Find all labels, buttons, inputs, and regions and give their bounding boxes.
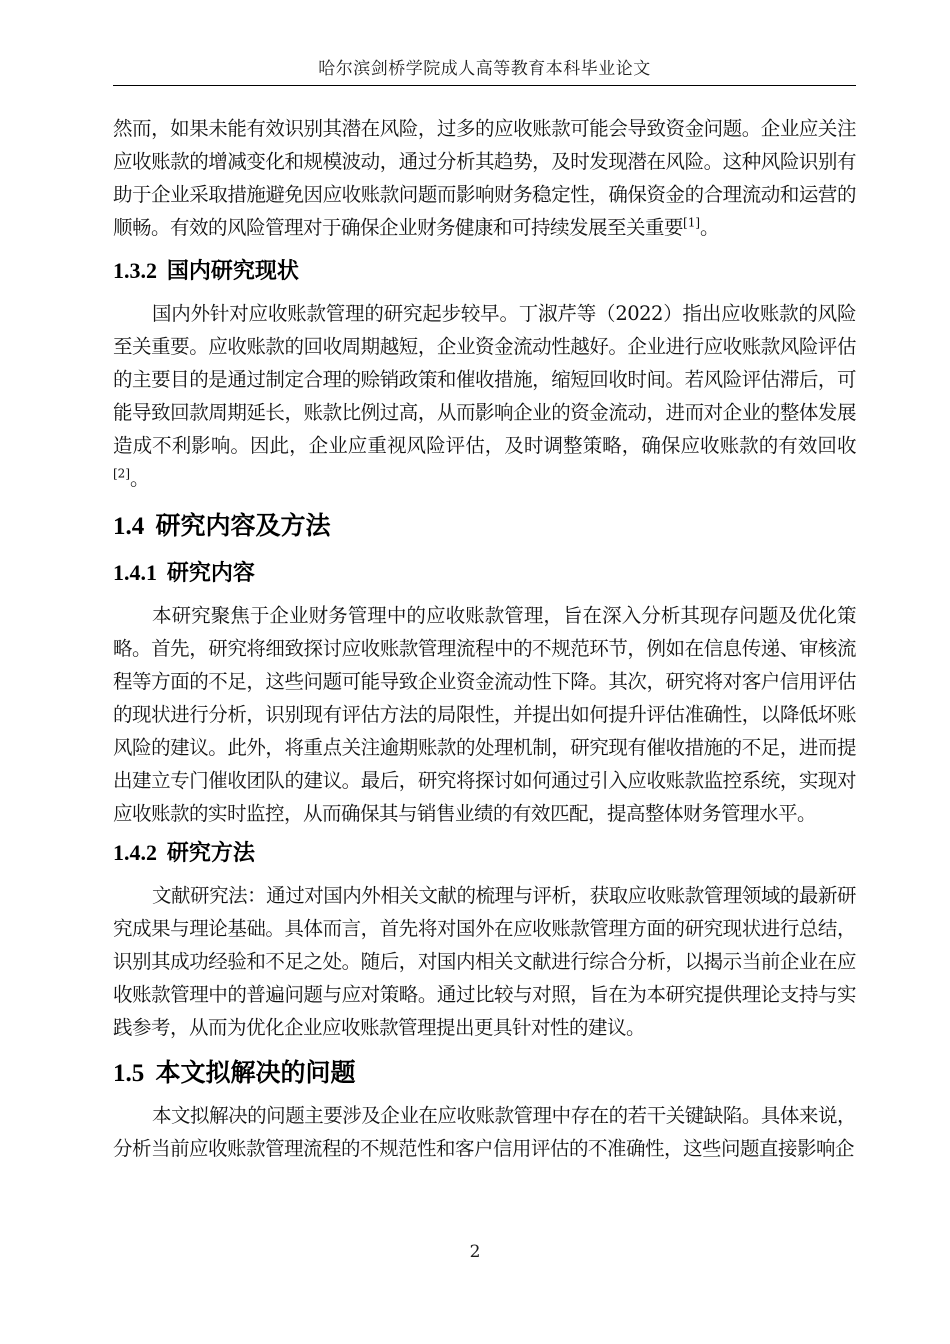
heading-1-3-2-number: 1.3.2 bbox=[113, 258, 157, 283]
heading-1-5: 1.5本文拟解决的问题 bbox=[113, 1056, 856, 1091]
heading-1-3-2-title: 国内研究现状 bbox=[167, 259, 299, 284]
paragraph-continuation: 然而，如果未能有效识别其潜在风险，过多的应收账款可能会导致资金问题。企业应关注应… bbox=[113, 112, 856, 244]
heading-1-4-2-number: 1.4.2 bbox=[113, 840, 157, 865]
paragraph-domestic-research-period: 。 bbox=[130, 467, 149, 490]
heading-1-4-1: 1.4.1研究内容 bbox=[113, 558, 856, 589]
heading-1-5-title: 本文拟解决的问题 bbox=[156, 1058, 356, 1087]
paragraph-research-content: 本研究聚焦于企业财务管理中的应收账款管理，旨在深入分析其现存问题及优化策略。首先… bbox=[113, 599, 856, 830]
heading-1-4-number: 1.4 bbox=[113, 513, 144, 540]
paragraph-domestic-research-text: 国内外针对应收账款管理的研究起步较早。丁淑芹等（2022）指出应收账款的风险至关… bbox=[113, 302, 856, 457]
page-number: 2 bbox=[0, 1242, 950, 1262]
citation-ref-1: [1] bbox=[683, 216, 700, 230]
running-header: 哈尔滨剑桥学院成人高等教育本科毕业论文 bbox=[113, 0, 856, 86]
heading-1-5-number: 1.5 bbox=[113, 1060, 144, 1087]
paragraph-problems-to-solve: 本文拟解决的问题主要涉及企业在应收账款管理中存在的若干关键缺陷。具体来说，分析当… bbox=[113, 1099, 856, 1165]
paragraph-research-method: 文献研究法：通过对国内外相关文献的梳理与评析，获取应收账款管理领域的最新研究成果… bbox=[113, 879, 856, 1044]
paragraph-domestic-research: 国内外针对应收账款管理的研究起步较早。丁淑芹等（2022）指出应收账款的风险至关… bbox=[113, 297, 856, 495]
heading-1-4-title: 研究内容及方法 bbox=[156, 511, 331, 540]
heading-1-3-2: 1.3.2国内研究现状 bbox=[113, 256, 856, 287]
citation-ref-2: [2] bbox=[113, 467, 130, 481]
heading-1-4-1-number: 1.4.1 bbox=[113, 560, 157, 585]
heading-1-4-2: 1.4.2研究方法 bbox=[113, 838, 856, 869]
heading-1-4-2-title: 研究方法 bbox=[167, 841, 255, 866]
paragraph-continuation-text: 然而，如果未能有效识别其潜在风险，过多的应收账款可能会导致资金问题。企业应关注应… bbox=[113, 117, 856, 239]
heading-1-4-1-title: 研究内容 bbox=[167, 561, 255, 586]
paragraph-continuation-period: 。 bbox=[700, 216, 719, 239]
running-header-title: 哈尔滨剑桥学院成人高等教育本科毕业论文 bbox=[113, 58, 856, 80]
heading-1-4: 1.4研究内容及方法 bbox=[113, 509, 856, 544]
header-divider bbox=[113, 85, 856, 86]
document-page: 哈尔滨剑桥学院成人高等教育本科毕业论文 然而，如果未能有效识别其潜在风险，过多的… bbox=[0, 0, 950, 1344]
